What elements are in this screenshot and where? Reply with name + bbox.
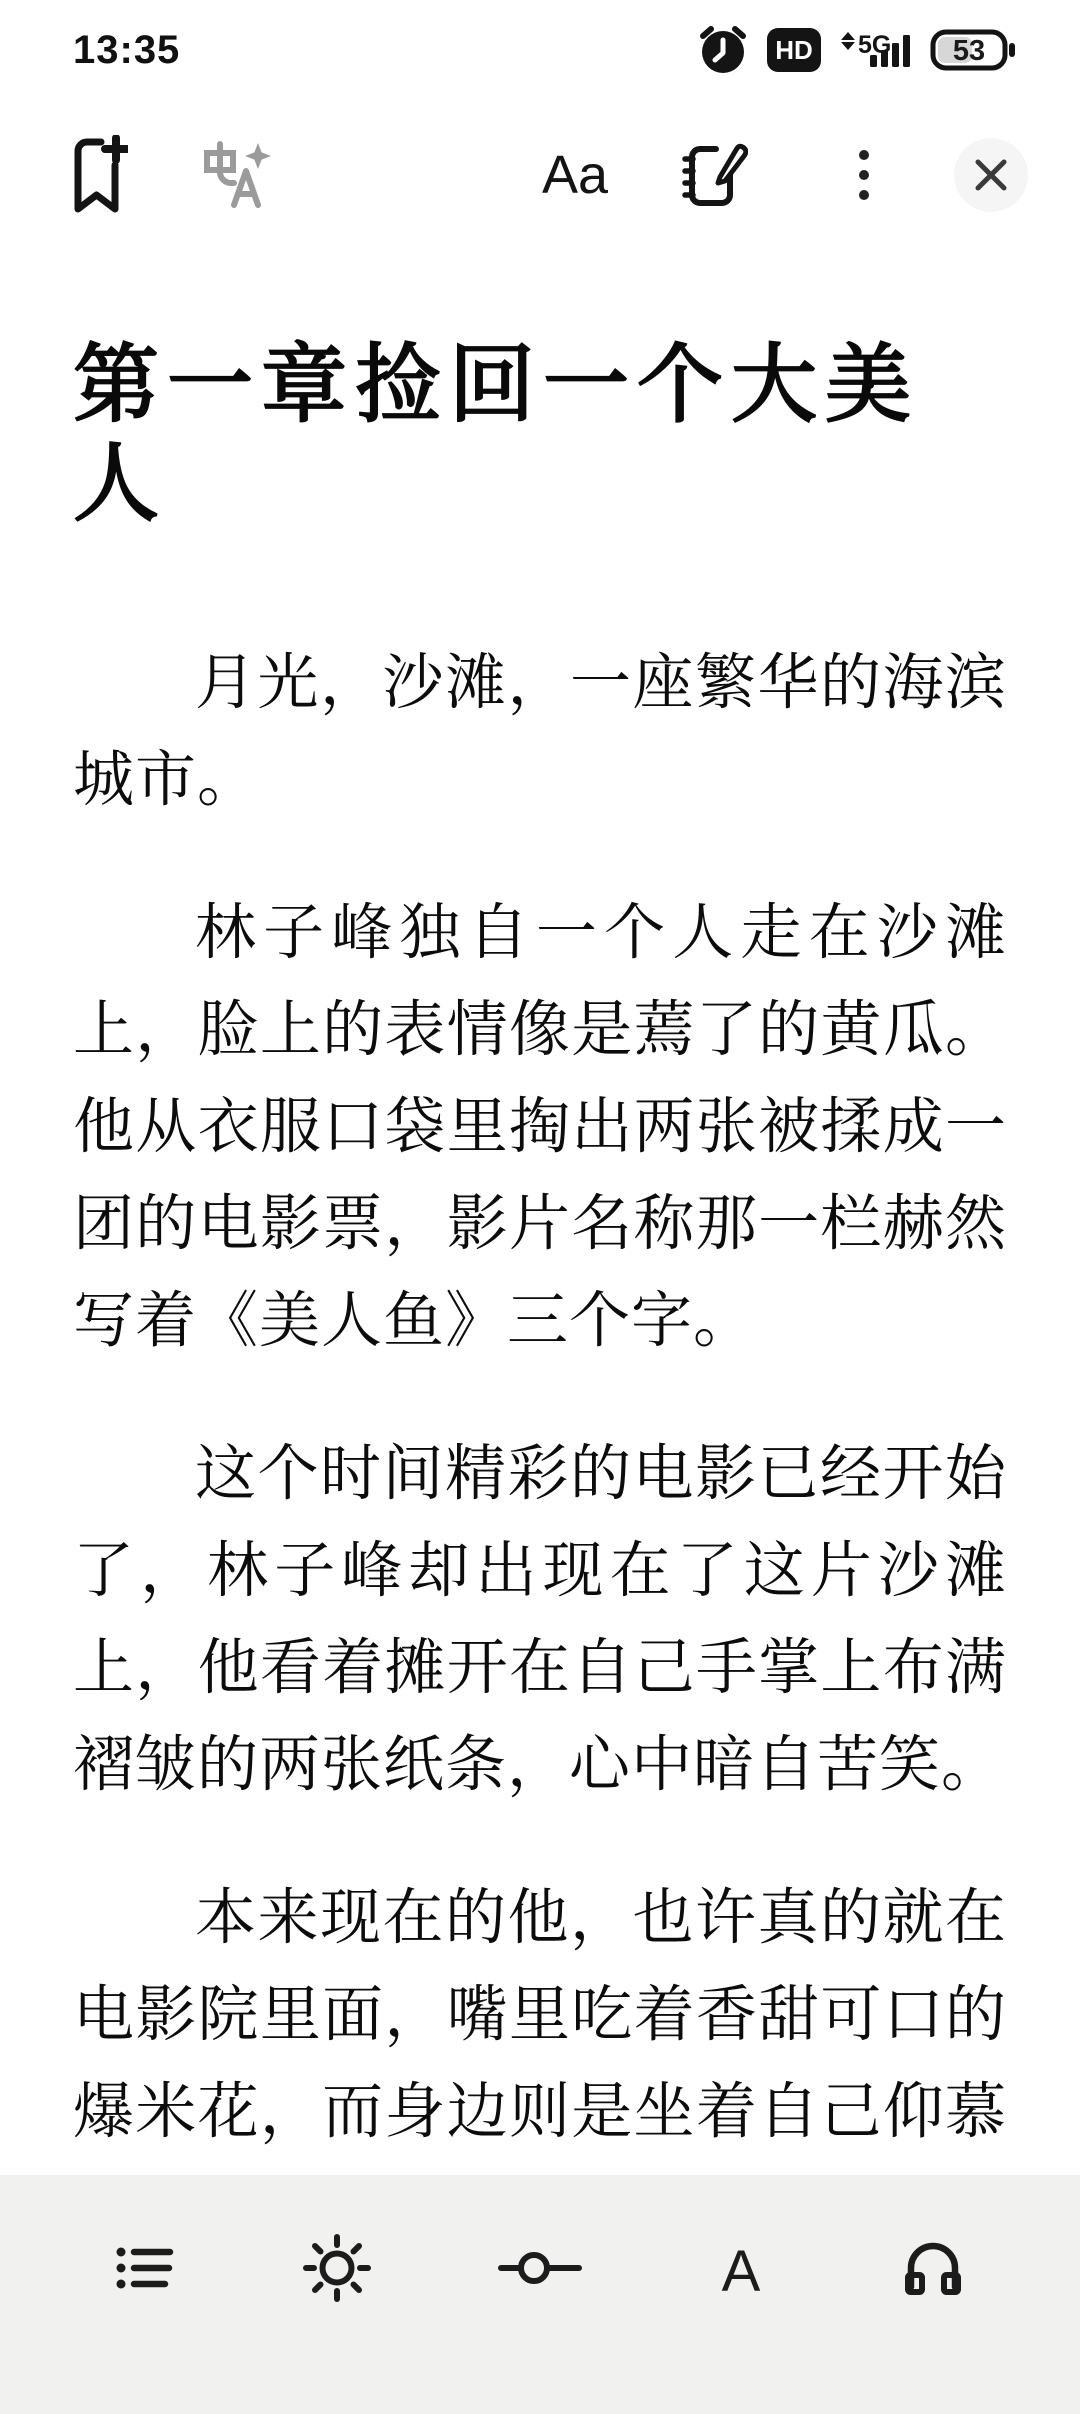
hd-badge-icon: HD	[766, 27, 822, 73]
font-size-label: A	[722, 2239, 761, 2301]
clock-time: 13:35	[73, 28, 180, 73]
headphones-icon	[898, 2235, 968, 2301]
font-size-icon: A	[708, 2235, 774, 2301]
add-bookmark-button[interactable]	[68, 135, 128, 215]
paragraph: 林子峰独自一个人走在沙滩上，脸上的表情像是蔫了的黄瓜。他从衣服口袋里掏出两张被揉…	[73, 884, 1007, 1369]
chapter-title: 第一章捡回一个大美人	[73, 336, 1007, 534]
more-menu-button[interactable]	[840, 143, 888, 207]
progress-slider[interactable]	[496, 2235, 584, 2301]
hd-badge-label: HD	[775, 35, 813, 65]
status-icons: HD 5G 53	[697, 24, 1016, 76]
bookmark-add-icon	[68, 135, 128, 215]
battery-icon: 53	[930, 29, 1016, 71]
font-settings-label: Aa	[542, 145, 608, 205]
paragraph: 这个时间精彩的电影已经开始了，林子峰却出现在了这片沙滩上，他看着摊开在自己手掌上…	[73, 1425, 1007, 1813]
contents-button[interactable]	[112, 2235, 178, 2301]
notebook-pen-icon	[680, 141, 748, 209]
reader-bottom-bar: A	[0, 2175, 1080, 2414]
brightness-button[interactable]	[302, 2233, 372, 2303]
status-bar: 13:35 HD 5G	[0, 0, 1080, 100]
reader-content: 第一章捡回一个大美人 月光，沙滩，一座繁华的海滨城市。 林子峰独自一个人走在沙滩…	[0, 336, 1080, 2257]
font-settings-button[interactable]: Aa	[542, 148, 608, 202]
reader-toolbar: Aa	[0, 110, 1080, 240]
progress-slider-icon	[496, 2235, 584, 2301]
contents-list-icon	[112, 2235, 178, 2301]
font-size-button[interactable]: A	[708, 2235, 774, 2301]
translate-ai-icon	[198, 141, 272, 209]
close-button[interactable]	[954, 138, 1028, 212]
signal-5g-icon: 5G	[839, 31, 913, 69]
listen-button[interactable]	[898, 2235, 968, 2301]
close-x-icon	[973, 157, 1009, 193]
battery-percent-label: 53	[953, 35, 985, 67]
brightness-sun-icon	[302, 2233, 372, 2303]
kebab-menu-icon	[840, 143, 888, 207]
notes-button[interactable]	[680, 141, 748, 209]
translate-button[interactable]	[198, 141, 272, 209]
alarm-clock-icon	[697, 24, 749, 76]
paragraph: 月光，沙滩，一座繁华的海滨城市。	[73, 634, 1007, 828]
